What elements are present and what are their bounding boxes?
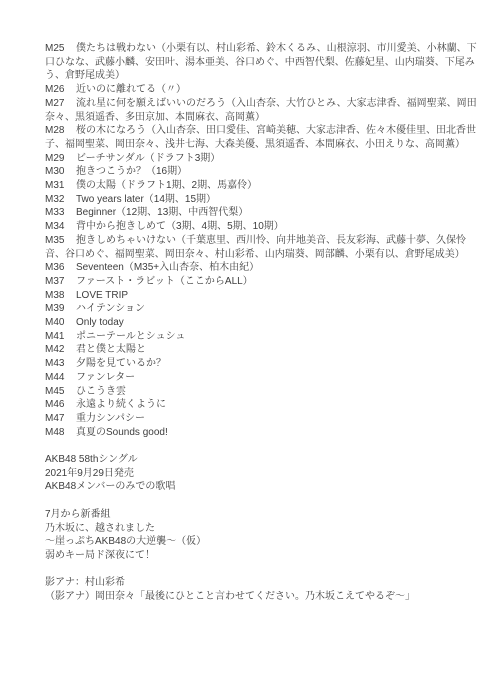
song-row: M32Two years later（14期、15期） bbox=[45, 193, 479, 207]
song-row: M40Only today bbox=[45, 316, 479, 330]
song-number: M37 bbox=[45, 275, 76, 289]
song-title: ビーチサンダル（ドラフト3期） bbox=[76, 153, 220, 164]
song-number: M39 bbox=[45, 302, 76, 316]
song-number: M34 bbox=[45, 220, 76, 234]
song-number: M38 bbox=[45, 289, 76, 303]
song-number: M29 bbox=[45, 152, 76, 166]
song-title: Seventeen（M35+入山杏奈、柏木由紀） bbox=[76, 262, 259, 273]
song-title: 背中から抱きしめて（3期、4期、5期、10期） bbox=[76, 221, 284, 232]
song-number: M35 bbox=[45, 234, 76, 248]
song-row: M41ポニーテールとシュシュ bbox=[45, 330, 479, 344]
program-info-line: 弱めキー局ド深夜にて！ bbox=[45, 549, 479, 563]
song-title: 夕陽を見ているか？ bbox=[76, 358, 166, 369]
song-row: M42君と僕と太陽と bbox=[45, 343, 479, 357]
song-row: M26近いのに離れてる（〃） bbox=[45, 83, 479, 97]
song-number: M32 bbox=[45, 193, 76, 207]
song-title: 真夏のSounds good! bbox=[76, 427, 168, 438]
song-row: M46永遠より続くように bbox=[45, 398, 479, 412]
song-title: LOVE TRIP bbox=[76, 290, 128, 301]
program-info-line: 乃木坂に、越されました bbox=[45, 522, 479, 536]
song-row: M30抱きつこうか？（16期） bbox=[45, 165, 479, 179]
song-title: 僕たちは戦わない（小栗有以、村山彩希、鈴木くるみ、山根涼羽、市川愛美、小林蘭、下… bbox=[45, 43, 477, 81]
song-number: M33 bbox=[45, 206, 76, 220]
song-title: 重力シンパシー bbox=[76, 413, 145, 424]
song-number: M25 bbox=[45, 42, 76, 56]
song-row: M38LOVE TRIP bbox=[45, 289, 479, 303]
song-number: M45 bbox=[45, 385, 76, 399]
song-row: M31僕の太陽（ドラフト1期、2期、馬嘉伶） bbox=[45, 179, 479, 193]
song-title: ポニーテールとシュシュ bbox=[76, 331, 185, 342]
song-number: M47 bbox=[45, 412, 76, 426]
song-title: ハイテンション bbox=[76, 303, 145, 314]
song-number: M36 bbox=[45, 261, 76, 275]
song-row: M34背中から抱きしめて（3期、4期、5期、10期） bbox=[45, 220, 479, 234]
song-row: M37ファースト・ラビット（ここからALL） bbox=[45, 275, 479, 289]
song-title: ひこうき雲 bbox=[76, 386, 126, 397]
program-info-line: 〜崖っぷちAKB48の大逆襲〜（仮） bbox=[45, 535, 479, 549]
song-number: M46 bbox=[45, 398, 76, 412]
setlist-document: M25僕たちは戦わない（小栗有以、村山彩希、鈴木くるみ、山根涼羽、市川愛美、小林… bbox=[0, 0, 480, 604]
song-number: M44 bbox=[45, 371, 76, 385]
song-number: M30 bbox=[45, 165, 76, 179]
song-row: M28桜の木になろう（入山杏奈、田口愛佳、宮崎美穂、大家志津香、佐々木優佳里、田… bbox=[45, 124, 479, 151]
song-row: M27流れ星に何を願えばいいのだろう（入山杏奈、大竹ひとみ、大家志津香、福岡聖菜… bbox=[45, 97, 479, 124]
song-title: 君と僕と太陽と bbox=[76, 344, 146, 355]
song-row: M29ビーチサンダル（ドラフト3期） bbox=[45, 152, 479, 166]
song-row: M35抱きしめちゃいけない（千葉恵里、西川怜、向井地美音、長友彩海、武藤十夢、久… bbox=[45, 234, 479, 261]
song-number: M43 bbox=[45, 357, 76, 371]
song-row: M25僕たちは戦わない（小栗有以、村山彩希、鈴木くるみ、山根涼羽、市川愛美、小林… bbox=[45, 42, 479, 83]
song-list: M25僕たちは戦わない（小栗有以、村山彩希、鈴木くるみ、山根涼羽、市川愛美、小林… bbox=[45, 42, 479, 439]
song-title: 流れ星に何を願えばいいのだろう（入山杏奈、大竹ひとみ、大家志津香、福岡聖菜、岡田… bbox=[45, 98, 477, 123]
song-number: M27 bbox=[45, 97, 76, 111]
song-number: M26 bbox=[45, 83, 76, 97]
song-number: M28 bbox=[45, 124, 76, 138]
song-title: 僕の太陽（ドラフト1期、2期、馬嘉伶） bbox=[76, 180, 257, 191]
song-row: M33Beginner（12期、13期、中西智代梨） bbox=[45, 206, 479, 220]
song-title: 抱きつこうか？（16期） bbox=[76, 166, 187, 177]
announcer-line: （影アナ）岡田奈々「最後にひとこと言わせてください。乃木坂こえてやるぞ〜」 bbox=[45, 590, 479, 604]
single-info-line: 2021年9月29日発売 bbox=[45, 467, 479, 481]
song-title: Only today bbox=[76, 317, 124, 328]
song-row: M43夕陽を見ているか？ bbox=[45, 357, 479, 371]
single-info-block: AKB48 58thシングル2021年9月29日発売AKB48メンバーのみでの歌… bbox=[45, 453, 479, 494]
song-title: Beginner（12期、13期、中西智代梨） bbox=[76, 207, 248, 218]
announcer-line: 影アナ：村山彩希 bbox=[45, 576, 479, 590]
song-row: M39ハイテンション bbox=[45, 302, 479, 316]
song-row: M47重力シンパシー bbox=[45, 412, 479, 426]
song-title: Two years later（14期、15期） bbox=[76, 194, 216, 205]
program-info-line: 7月から新番組 bbox=[45, 508, 479, 522]
song-number: M40 bbox=[45, 316, 76, 330]
announcer-info-block: 影アナ：村山彩希（影アナ）岡田奈々「最後にひとこと言わせてください。乃木坂こえて… bbox=[45, 576, 479, 603]
single-info-line: AKB48 58thシングル bbox=[45, 453, 479, 467]
single-info-line: AKB48メンバーのみでの歌唱 bbox=[45, 480, 479, 494]
song-number: M41 bbox=[45, 330, 76, 344]
song-title: ファンレター bbox=[76, 372, 135, 383]
song-row: M44ファンレター bbox=[45, 371, 479, 385]
song-title: 抱きしめちゃいけない（千葉恵里、西川怜、向井地美音、長友彩海、武藤十夢、久保怜音… bbox=[45, 235, 466, 260]
song-number: M48 bbox=[45, 426, 76, 440]
song-title: 永遠より続くように bbox=[76, 399, 166, 410]
song-title: 近いのに離れてる（〃） bbox=[76, 84, 186, 95]
song-title: ファースト・ラビット（ここからALL） bbox=[76, 276, 253, 287]
song-title: 桜の木になろう（入山杏奈、田口愛佳、宮崎美穂、大家志津香、佐々木優佳里、田北香世… bbox=[45, 125, 476, 150]
song-row: M45ひこうき雲 bbox=[45, 385, 479, 399]
song-row: M48真夏のSounds good! bbox=[45, 426, 479, 440]
program-info-block: 7月から新番組乃木坂に、越されました〜崖っぷちAKB48の大逆襲〜（仮）弱めキー… bbox=[45, 508, 479, 563]
song-number: M31 bbox=[45, 179, 76, 193]
song-row: M36Seventeen（M35+入山杏奈、柏木由紀） bbox=[45, 261, 479, 275]
song-number: M42 bbox=[45, 343, 76, 357]
